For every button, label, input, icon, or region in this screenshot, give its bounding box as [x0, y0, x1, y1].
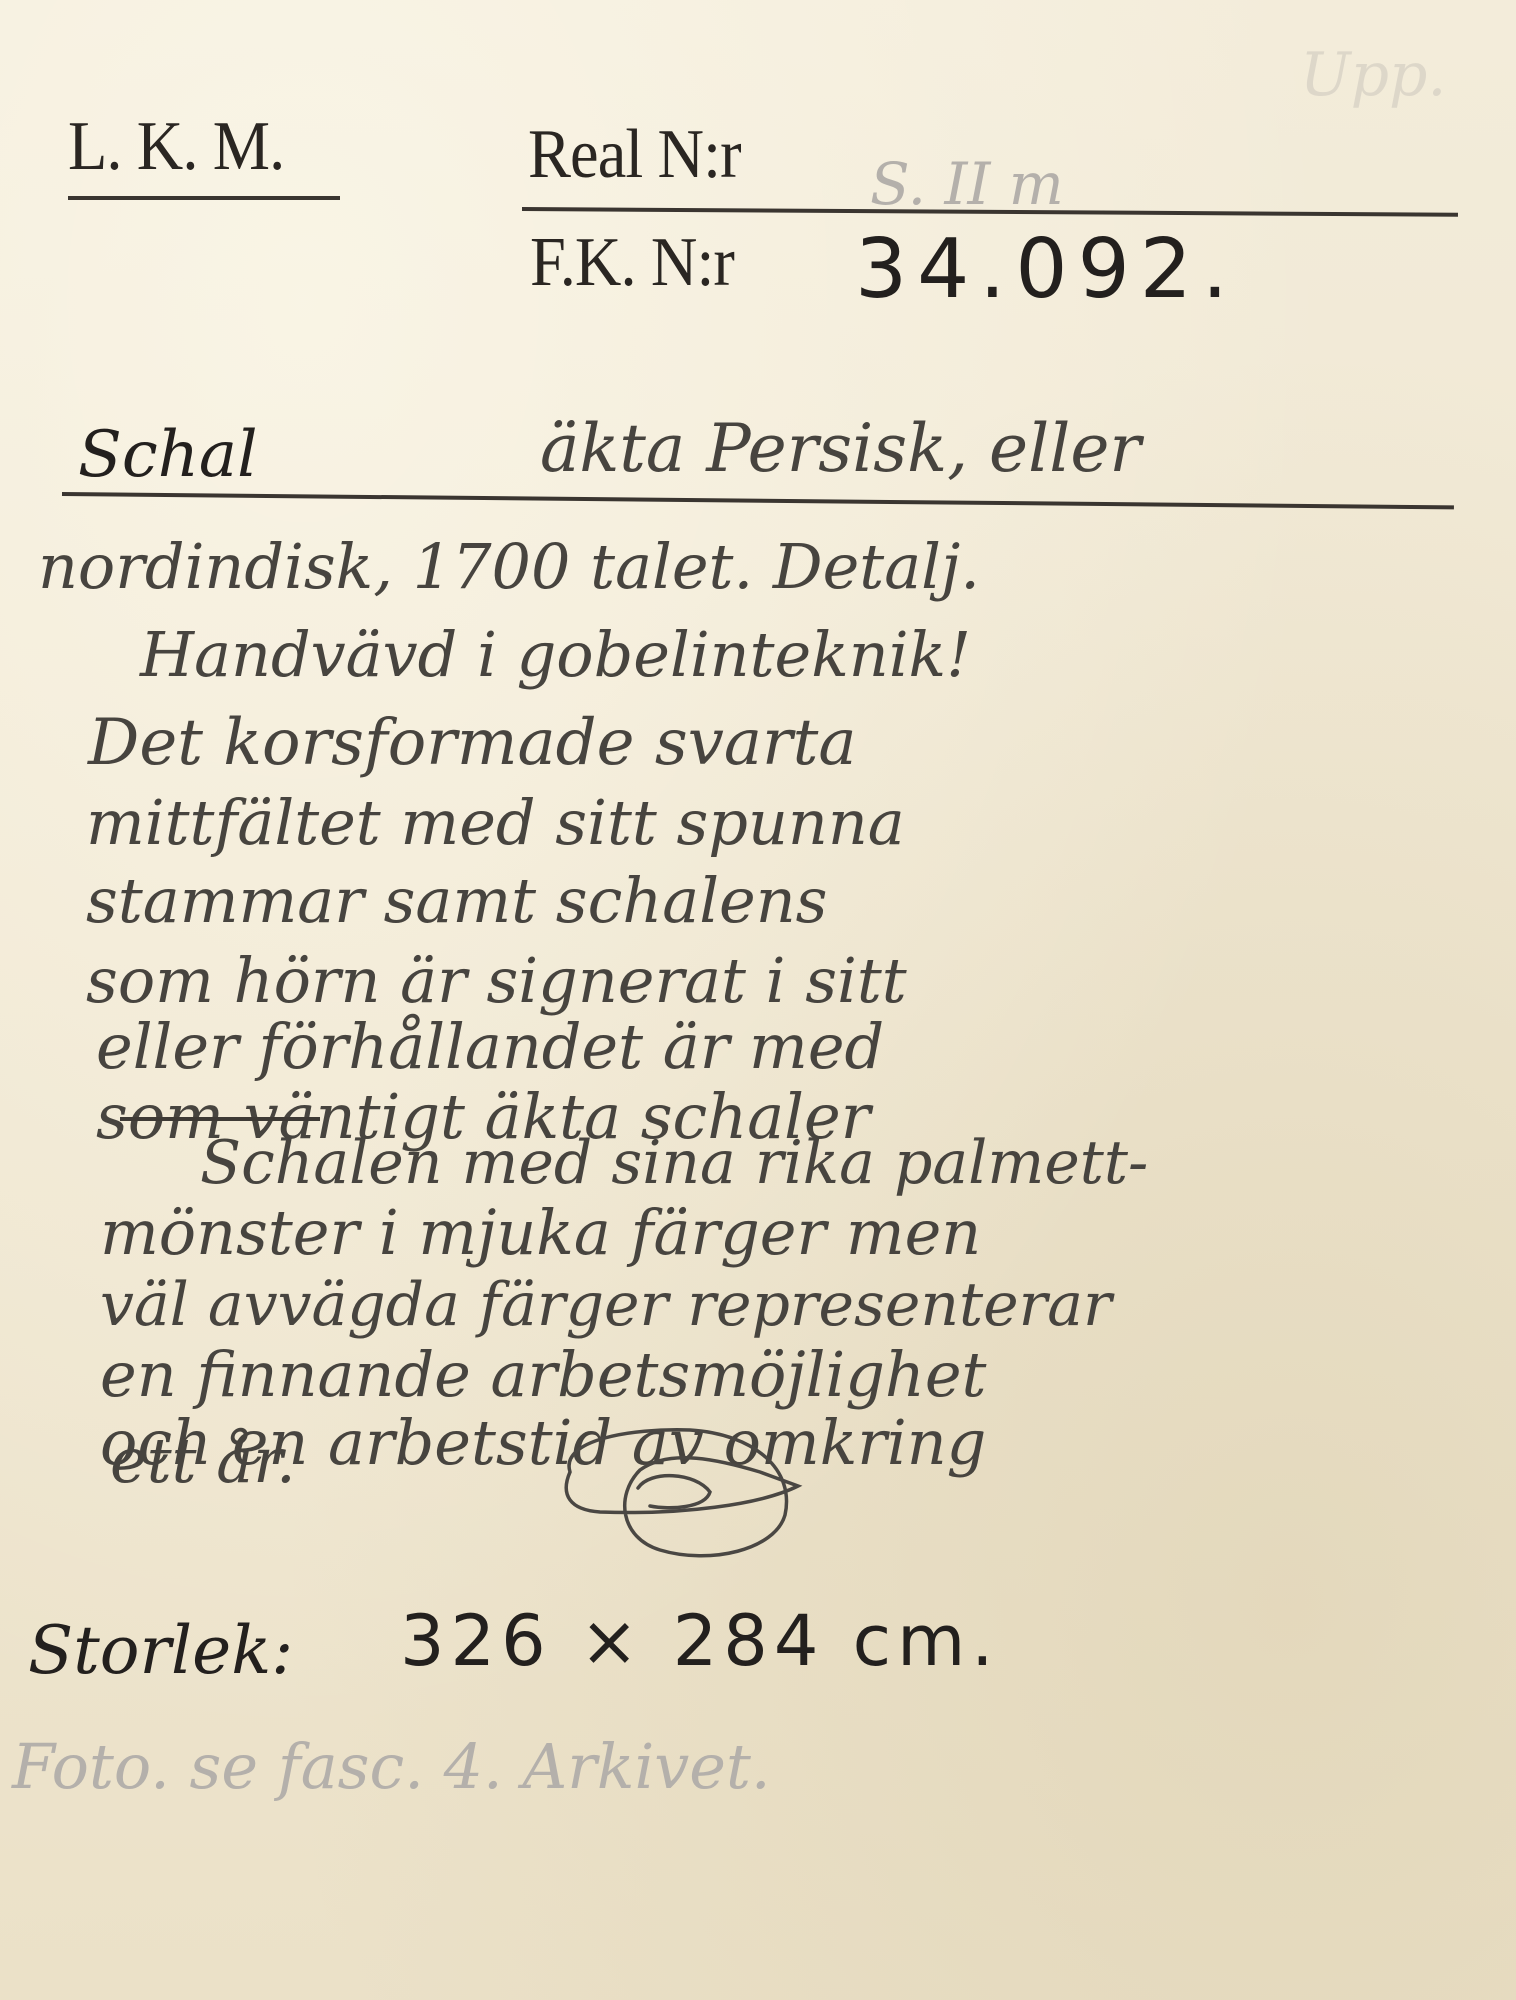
- fk-nr-value: 34.092.: [855, 222, 1238, 317]
- title-rule: [62, 492, 1454, 509]
- body-line: väl avvägda färger representerar: [100, 1270, 1112, 1340]
- pencil-note: Foto. se fasc. 4. Arkivet.: [12, 1730, 771, 1803]
- underline-akta: [120, 1117, 320, 1121]
- body-line: Det korsformade svarta: [88, 706, 856, 780]
- body-line-last: ett år.: [110, 1424, 296, 1497]
- size-value: 326 × 284 cm.: [400, 1600, 1000, 1682]
- size-label: Storlek:: [28, 1612, 293, 1689]
- spiral-doodle-icon: [520, 1400, 820, 1570]
- real-nr-value: S. II m: [870, 150, 1064, 218]
- body-line: Handvävd i gobelinteknik!: [140, 618, 971, 691]
- body-line: eller förhållandet är med: [96, 1010, 884, 1083]
- title-line-2: nordindisk, 1700 talet. Detalj.: [38, 530, 980, 603]
- body-line: mönster i mjuka färger men: [100, 1196, 981, 1269]
- body-line: som hörn är signerat i sitt: [86, 944, 907, 1017]
- institution-label: L. K. M.: [68, 112, 284, 182]
- fk-nr-label: F.K. N:r: [530, 228, 734, 298]
- real-nr-label: Real N:r: [528, 120, 741, 190]
- title-rest: äkta Persisk, eller: [540, 410, 1141, 487]
- faint-pencil-mark: Upp.: [1300, 40, 1446, 110]
- catalogue-card: L. K. M. Real N:r S. II m F.K. N:r 34.09…: [0, 0, 1516, 2000]
- body-line: stammar samt schalens: [86, 864, 828, 937]
- object-title: Schal: [78, 418, 258, 492]
- institution-underline: [68, 196, 340, 200]
- body-line: Schalen med sina rika palmett-: [200, 1128, 1148, 1198]
- body-line: mittfältet med sitt spunna: [86, 786, 905, 859]
